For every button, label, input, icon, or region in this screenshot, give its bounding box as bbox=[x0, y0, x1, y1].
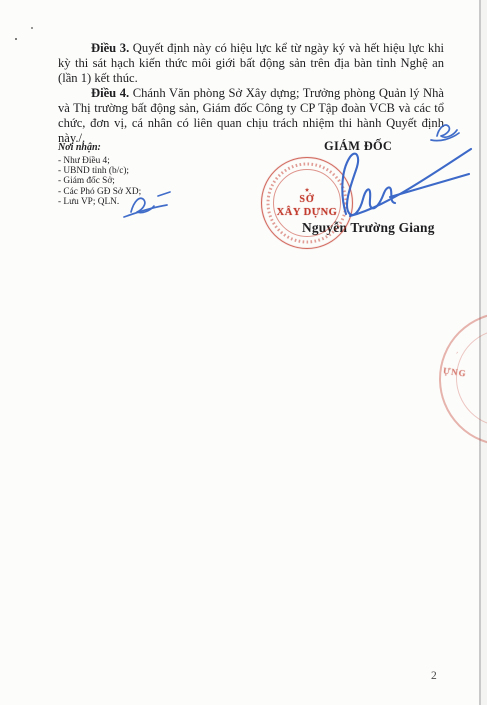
recipients-list: - Như Điều 4; - UBND tỉnh (b/c); - Giám … bbox=[58, 156, 208, 207]
recipient-item: - UBND tỉnh (b/c); bbox=[58, 166, 208, 176]
recipient-item: - Lưu VP; QLN. bbox=[58, 197, 208, 207]
article-4-label: Điều 4. bbox=[91, 86, 129, 100]
scan-speck bbox=[15, 38, 17, 40]
signature-flourish-lower bbox=[390, 174, 469, 197]
recipients-block: Nơi nhận: - Như Điều 4; - UBND tỉnh (b/c… bbox=[58, 142, 208, 207]
scanned-document-page: Điều 3. Quyết định này có hiệu lực kể từ… bbox=[0, 0, 487, 705]
recipient-item: - Giám đốc Sở; bbox=[58, 176, 208, 186]
official-round-stamp: ٭ SỞ XÂY DỰNG bbox=[261, 157, 353, 249]
scan-speck bbox=[31, 27, 33, 29]
signature-flourish-upper bbox=[350, 149, 471, 216]
article-3-paragraph: Điều 3. Quyết định này có hiệu lực kể từ… bbox=[58, 41, 444, 86]
stamp-center-text: ٭ SỞ XÂY DỰNG bbox=[261, 187, 353, 219]
recipients-heading: Nơi nhận: bbox=[58, 142, 208, 154]
recipient-item: - Các Phó GĐ Sở XD; bbox=[58, 187, 208, 197]
article-3-label: Điều 3. bbox=[91, 41, 129, 55]
document-body: Điều 3. Quyết định này có hiệu lực kể từ… bbox=[58, 41, 444, 146]
article-4-paragraph: Điều 4. Chánh Văn phòng Sở Xây dựng; Trư… bbox=[58, 86, 444, 146]
page-number: 2 bbox=[431, 670, 437, 682]
signer-title: GIÁM ĐỐC bbox=[324, 139, 484, 154]
recipient-item: - Như Điều 4; bbox=[58, 156, 208, 166]
